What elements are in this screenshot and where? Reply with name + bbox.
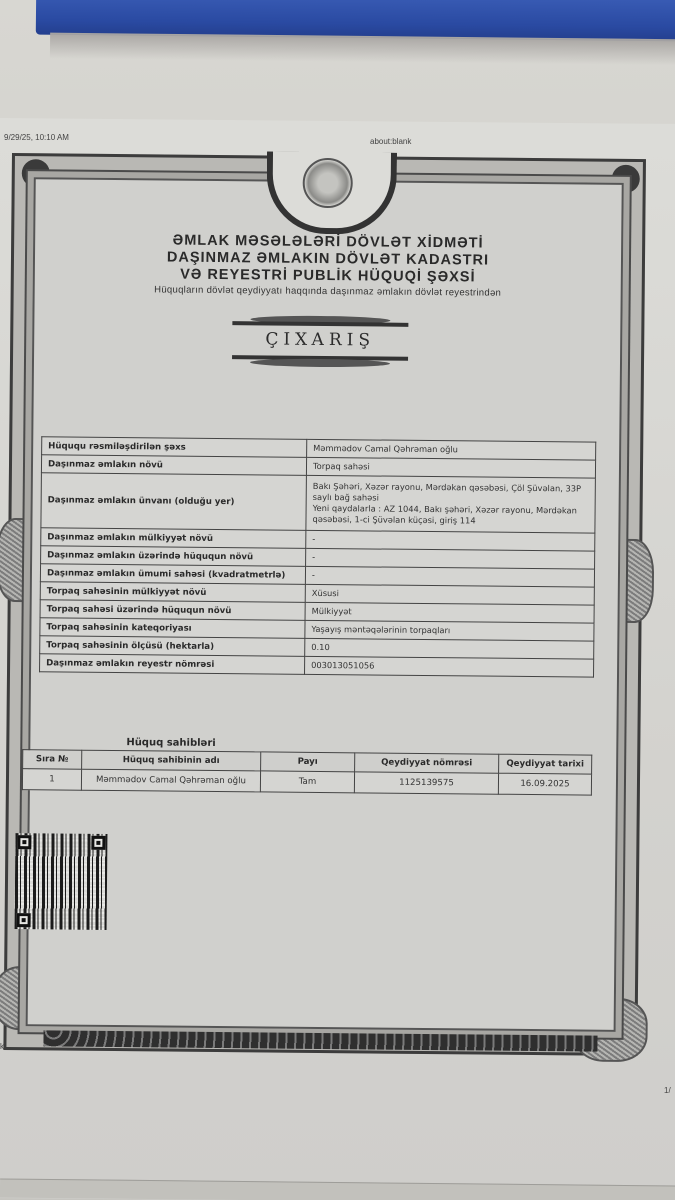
cell-share: Tam — [260, 771, 354, 793]
info-label: Daşınmaz əmlakın ünvanı (olduğu yer) — [41, 473, 307, 531]
header-owner-name: Hüquq sahibinin adı — [82, 750, 261, 771]
issuer-heading: ƏMLAK MƏSƏLƏLƏRİ DÖVLƏT XİDMƏTİ DAŞINMAZ… — [11, 231, 645, 288]
banner-rule-top — [232, 321, 408, 327]
cell-seq: 1 — [22, 769, 81, 791]
owners-title: Hüquq sahibləri — [126, 737, 215, 749]
header-seq: Sıra № — [23, 750, 82, 770]
cell-owner-name: Məmmədov Camal Qəhrəman oğlu — [81, 769, 260, 792]
cell-registration-date: 16.09.2025 — [498, 773, 591, 795]
header-registration-date: Qeydiyyat tarixi — [499, 754, 592, 774]
info-value: Bakı Şəhəri, Xəzər rayonu, Mərdəkan qəsə… — [306, 475, 596, 533]
print-page-number: 1/ — [664, 1086, 671, 1095]
cell-registration-number: 1125139575 — [354, 772, 498, 794]
qr-code-icon — [15, 833, 108, 930]
print-datetime: 9/29/25, 10:10 AM — [4, 133, 69, 142]
address-old: Bakı Şəhəri, Xəzər rayonu, Mərdəkan qəsə… — [313, 481, 589, 506]
header-share: Payı — [261, 752, 355, 772]
header-registration-number: Qeydiyyat nömrəsi — [355, 753, 499, 773]
info-value: 003013051056 — [305, 656, 594, 677]
coat-of-arms-icon — [302, 158, 352, 208]
qr-finder — [17, 913, 31, 927]
title-banner: ÇIXARIŞ — [232, 317, 408, 365]
print-url: about:blank — [370, 137, 411, 146]
owners-table: Sıra № Hüquq sahibinin adı Payı Qeydiyya… — [22, 749, 592, 795]
address-new: Yeni qaydalarla : AZ 1044, Bakı şəhəri, … — [312, 503, 588, 528]
property-info-table: Hüququ rəsmiləşdirilən şəxsMəmmədov Cama… — [39, 436, 596, 677]
document-title: ÇIXARIŞ — [232, 329, 408, 351]
qr-finder — [17, 835, 31, 849]
info-label: Daşınmaz əmlakın reyestr nömrəsi — [40, 654, 305, 675]
qr-finder — [91, 836, 105, 850]
info-row: Daşınmaz əmlakın ünvanı (olduğu yer)Bakı… — [41, 473, 596, 533]
certificate: ƏMLAK MƏSƏLƏLƏRİ DÖVLƏT XİDMƏTİ DAŞINMAZ… — [3, 153, 646, 1056]
